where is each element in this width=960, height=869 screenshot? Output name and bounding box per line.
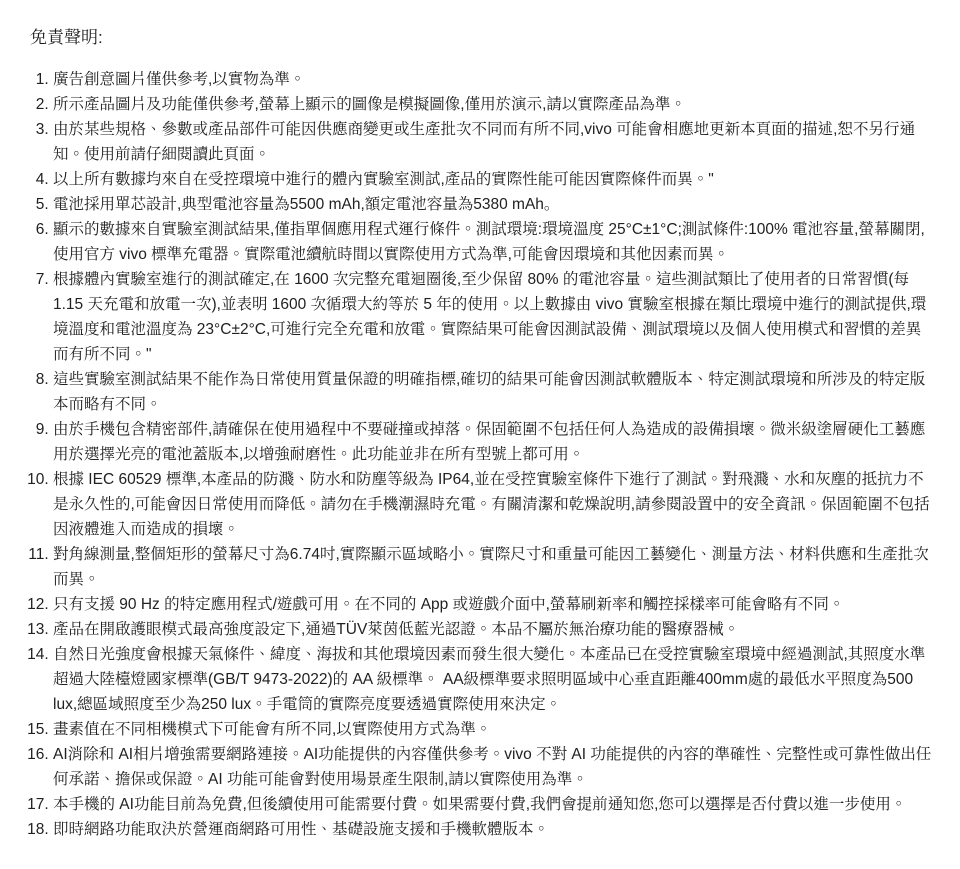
disclaimer-item-15: 畫素值在不同相機模式下可能會有所不同,以實際使用方式為準。 bbox=[53, 717, 932, 742]
disclaimer-item-4: 以上所有數據均來自在受控環境中進行的體內實驗室測試,產品的實際性能可能因實際條件… bbox=[53, 167, 932, 192]
disclaimer-heading: 免責聲明: bbox=[30, 26, 932, 50]
disclaimer-item-5: 電池採用單芯設計,典型電池容量為5500 mAh,額定電池容量為5380 mAh… bbox=[53, 192, 932, 217]
disclaimer-item-10: 根據 IEC 60529 標準,本產品的防濺、防水和防塵等級為 IP64,並在受… bbox=[53, 467, 932, 542]
disclaimer-item-12: 只有支援 90 Hz 的特定應用程式/遊戲可用。在不同的 App 或遊戲介面中,… bbox=[53, 592, 932, 617]
disclaimer-item-11: 對角線測量,整個矩形的螢幕尺寸為6.74吋,實際顯示區域略小。實際尺寸和重量可能… bbox=[53, 542, 932, 592]
disclaimer-item-3: 由於某些規格、參數或產品部件可能因供應商變更或生產批次不同而有所不同,vivo … bbox=[53, 117, 932, 167]
disclaimer-item-2: 所示產品圖片及功能僅供參考,螢幕上顯示的圖像是模擬圖像,僅用於演示,請以實際產品… bbox=[53, 92, 932, 117]
disclaimer-item-7: 根據體內實驗室進行的測試確定,在 1600 次完整充電迴圈後,至少保留 80% … bbox=[53, 267, 932, 367]
disclaimer-item-18: 即時網路功能取決於營運商網路可用性、基礎設施支援和手機軟體版本。 bbox=[53, 817, 932, 842]
disclaimer-page: 免責聲明: 廣告創意圖片僅供參考,以實物為準。 所示產品圖片及功能僅供參考,螢幕… bbox=[0, 0, 960, 869]
disclaimer-item-9: 由於手機包含精密部件,請確保在使用過程中不要碰撞或掉落。保固範圍不包括任何人為造… bbox=[53, 417, 932, 467]
disclaimer-item-16: AI消除和 AI相片增強需要網路連接。AI功能提供的內容僅供參考。vivo 不對… bbox=[53, 742, 932, 792]
disclaimer-item-1: 廣告創意圖片僅供參考,以實物為準。 bbox=[53, 67, 932, 92]
disclaimer-item-13: 產品在開啟護眼模式最高強度設定下,通過TÜV萊茵低藍光認證。本品不屬於無治療功能… bbox=[53, 617, 932, 642]
disclaimer-item-14: 自然日光強度會根據天氣條件、緯度、海拔和其他環境因素而發生很大變化。本產品已在受… bbox=[53, 642, 932, 717]
disclaimer-item-17: 本手機的 AI功能目前為免費,但後續使用可能需要付費。如果需要付費,我們會提前通… bbox=[53, 792, 932, 817]
disclaimer-item-8: 這些實驗室測試結果不能作為日常使用質量保證的明確指標,確切的結果可能會因測試軟體… bbox=[53, 367, 932, 417]
disclaimer-list: 廣告創意圖片僅供參考,以實物為準。 所示產品圖片及功能僅供參考,螢幕上顯示的圖像… bbox=[30, 67, 932, 842]
disclaimer-item-6: 顯示的數據來自實驗室測試結果,僅指單個應用程式運行條件。測試環境:環境溫度 25… bbox=[53, 217, 932, 267]
